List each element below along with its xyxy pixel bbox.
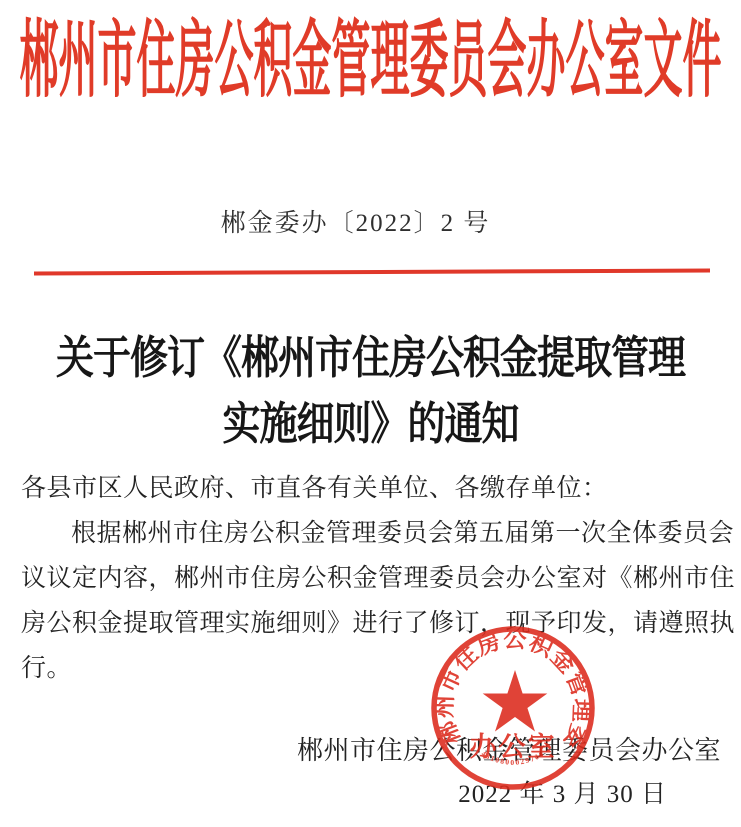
document-title-line2: 实施细则》的通知 <box>222 386 518 464</box>
paragraph-line: 根据郴州市住房公积金管理委员会第五届第一次全体委员会 <box>21 511 721 556</box>
salutation: 各县市区人民政府、市直各有关单位、各缴存单位： <box>21 466 721 511</box>
document-page: 郴州市住房公积金管理委员会办公室文件 郴金委办〔2022〕2 号 关于修订《郴州… <box>0 0 741 827</box>
paragraph-line: 行。 <box>21 646 721 691</box>
doc-number: 郴金委办〔2022〕2 号 <box>0 208 726 240</box>
document-title: 关于修订《郴州市住房公积金提取管理 实施细则》的通知 <box>0 326 741 458</box>
paragraph-line: 议议定内容，郴州市住房公积金管理委员会办公室对《郴州市住 <box>21 556 721 601</box>
paragraph-line: 房公积金提取管理实施细则》进行了修订，现予印发，请遵照执 <box>21 601 721 646</box>
red-divider-rule <box>34 269 710 276</box>
document-body: 各县市区人民政府、市直各有关单位、各缴存单位： 根据郴州市住房公积金管理委员会第… <box>21 466 721 691</box>
letterhead-title: 郴州市住房公积金管理委员会办公室文件 <box>0 16 741 111</box>
signature-organization: 郴州市住房公积金管理委员会办公室 <box>297 735 721 767</box>
signature-date: 2022 年 3 月 30 日 <box>458 779 667 811</box>
